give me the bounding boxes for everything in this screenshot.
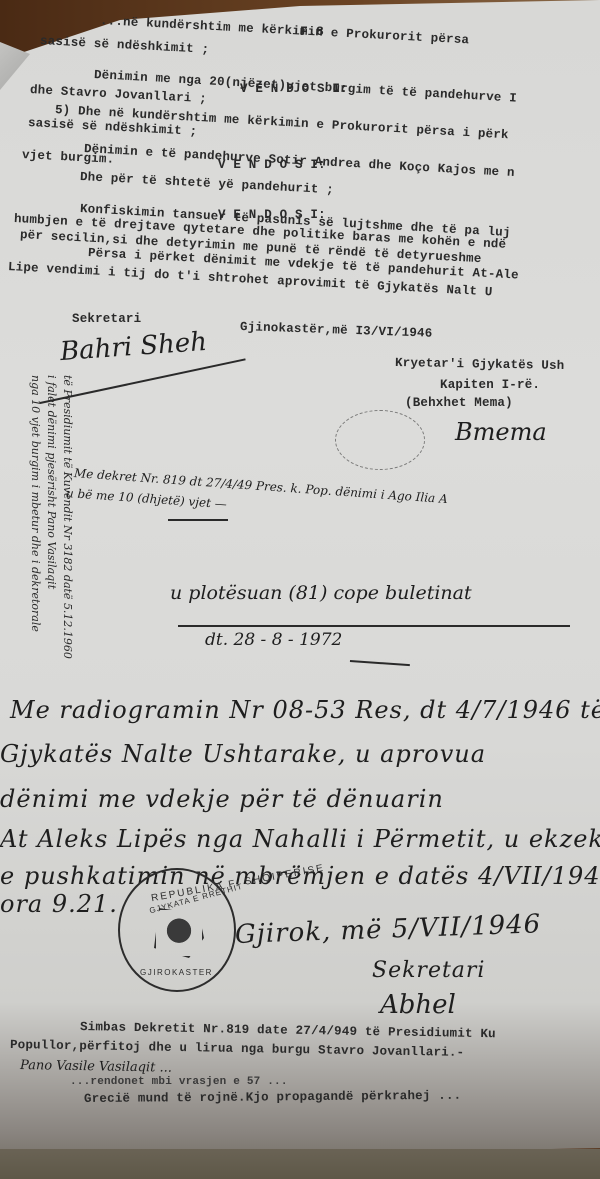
handwritten-main-line: At Aleks Lipës nga Nahalli i Përmetit, u… xyxy=(0,825,600,853)
underline xyxy=(178,625,570,627)
margin-note-line: i falet dënimi pjesërisht Pano Vasilaqit xyxy=(45,375,58,589)
secretary-label: Sekretari xyxy=(72,312,141,326)
underline xyxy=(168,519,228,521)
chairman-name: (Behxhet Mema) xyxy=(405,396,513,410)
handwritten-main-line: Me radiogramin Nr 08-53 Res, dt 4/7/1946… xyxy=(10,696,600,724)
desk-background-bottom xyxy=(0,1149,600,1179)
court-stamp: REPUBLIKA F. SHQIPERISE GJYKATA E RRETHI… xyxy=(118,868,236,992)
margin-note-line: të Presidiumit të Kuvendit Nr 3182 datë … xyxy=(61,375,74,659)
handwritten-main-line: ora 9.21. xyxy=(0,890,118,918)
handwritten-note-buletinat: u plotësuan (81) cope buletinat xyxy=(170,582,472,604)
eagle-emblem-icon xyxy=(154,908,204,958)
handwritten-main-line: Gjykatës Nalte Ushtarake, u aprovua xyxy=(0,740,486,768)
typed-footer-line: ...rendonet mbi vrasjen e 57 ... xyxy=(70,1076,288,1088)
stamp-bottom-text: GJIROKASTER xyxy=(140,968,213,977)
handwritten-note-date: dt. 28 - 8 - 1972 xyxy=(205,630,342,650)
handwritten-secretary-label: Sekretari xyxy=(372,958,485,983)
handwritten-main-line: dënimi me vdekje për të dënuarin xyxy=(0,785,444,813)
handwritten-secretary-signature: Abhel xyxy=(380,990,456,1020)
chairman-title: Kryetar'i Gjykatës Ush xyxy=(395,356,565,373)
faded-stamp xyxy=(335,410,425,470)
margin-note-line: nga 10 vjet burgim i mbetur dhe i dekret… xyxy=(29,375,42,632)
chairman-signature: Bmema xyxy=(455,418,547,446)
page-number: F.8 xyxy=(300,24,324,39)
chairman-rank: Kapiten I-rë. xyxy=(440,378,540,392)
handwritten-footer-note: Pano Vasile Vasilaqit ... xyxy=(20,1058,172,1076)
